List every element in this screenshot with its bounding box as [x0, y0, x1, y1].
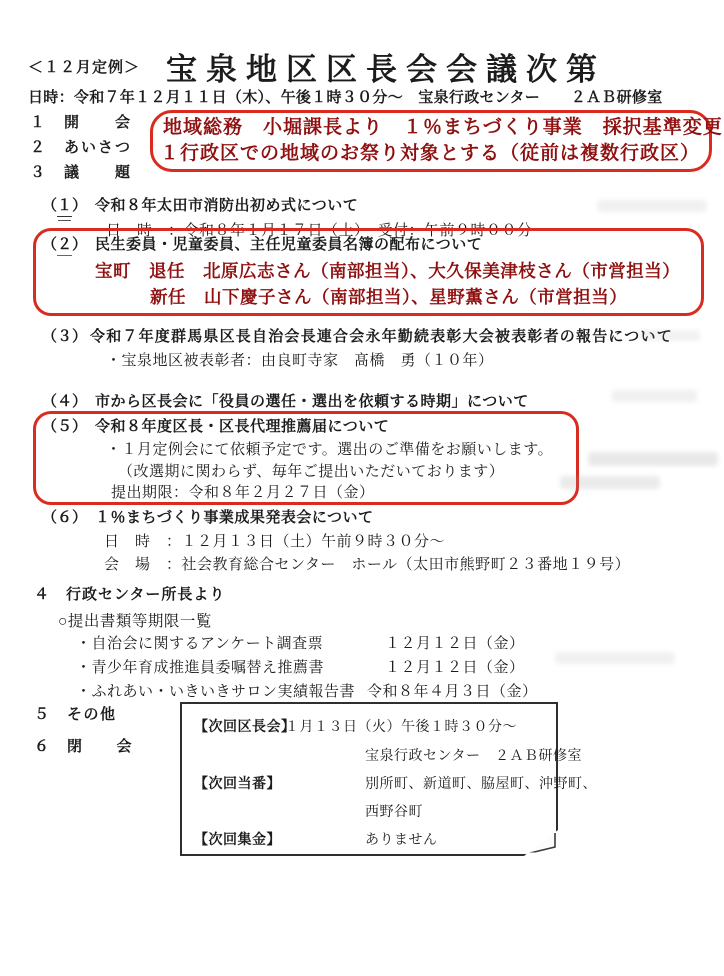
item-6-paren-open: （ — [42, 509, 57, 526]
item-2-newcomer-note: 新任 山下慶子さん（南部担当）、星野薫さん（市営担当） — [150, 284, 627, 309]
next-duty-towns-2: 西野谷町 — [365, 801, 423, 821]
meeting-type-label: ＜１２月定例＞ — [28, 56, 140, 77]
next-meeting-datetime: １月１３日（火）午後１時３０分～ — [285, 716, 517, 736]
next-collection-value: ありません — [365, 829, 438, 849]
item-1-number: （１） — [42, 194, 87, 217]
item-5-number: （５） — [42, 415, 87, 436]
item-5-detail-1: ・１月定例会にて依頼予定です。選出のご準備をお願いします。 — [106, 438, 553, 459]
item-3-heading: 令和７年度群馬県区長自治会長連合会永年勤続表彰大会被表彰者の報告について — [90, 325, 673, 346]
item-2-number: （２） — [42, 233, 87, 256]
next-duty-label: 【次回当番】 — [194, 773, 281, 793]
deadline-date-3: 令和８年４月３日（金） — [367, 680, 538, 701]
scan-smudge — [612, 390, 697, 402]
deadline-doc-2: ・青少年育成推進員委嘱替え推薦書 — [76, 656, 324, 677]
item-5-detail-2: （改選期に関わらず、毎年ご提出いただいております） — [118, 460, 504, 481]
section-4-heading: ４ 行政センター所長より — [34, 583, 225, 604]
item-2-paren-open: （ — [42, 236, 57, 253]
item-4-number: （４） — [42, 390, 87, 413]
section-6-close: ６ 閉 会 — [34, 735, 133, 756]
next-collection-label: 【次回集金】 — [194, 829, 281, 849]
scan-smudge — [597, 200, 707, 212]
item-1-paren-open: （ — [42, 197, 57, 214]
item-3-detail: ・宝泉地区被表彰者：由良町寺家 髙橋 勇（１０年） — [106, 349, 494, 370]
item-6-detail-2: 会 場 ：社会教育総合センター ホール（太田市熊野町２３番地１９号） — [104, 553, 630, 574]
scan-smudge — [588, 452, 718, 466]
item-2-heading: 民生委員・児童委員、主任児童委員名簿の配布について — [95, 233, 482, 254]
agenda-item-opening: １ 開 会 — [30, 110, 132, 135]
deadline-doc-3: ・ふれあい・いきいきサロン実績報告書 — [76, 680, 355, 701]
item-6-detail-1: 日 時 ：１２月１３日（土）午前９時３０分～ — [104, 530, 445, 551]
item-3-number: （３） — [42, 325, 87, 346]
item-3-paren-open: （ — [42, 328, 57, 345]
item-3-digit: ３ — [57, 325, 72, 346]
next-meeting-label: 【次回区長会】 — [194, 716, 296, 736]
annotation-line-2: １行政区での地域のお祭り対象とする（従前は複数行政区） — [160, 141, 700, 167]
deadline-date-2: １２月１２日（金） — [385, 656, 525, 677]
item-5-paren-close: ） — [72, 418, 87, 435]
agenda-item-topics: ３ 議 題 — [30, 160, 132, 185]
item-1-digit: １ — [57, 194, 72, 217]
item-4-paren-close: ） — [72, 393, 87, 410]
annotation-line-1: 地域総務 小堀課長より １％まちづくり事業 採択基準変更 — [163, 115, 723, 141]
item-3-paren-close: ） — [72, 328, 87, 345]
item-5-heading: 令和８年度区長・区長代理推薦届について — [95, 415, 389, 436]
item-6-heading: １％まちづくり事業成果発表会について — [95, 506, 374, 527]
item-2-paren-close: ） — [72, 236, 87, 253]
dateline: 日時：令和７年１２月１１日（木）、午後１時３０分～ 宝泉行政センター ２ＡＢ研修… — [28, 86, 663, 107]
item-4-paren-open: （ — [42, 393, 57, 410]
section-4-subheading: ○提出書類等期限一覧 — [58, 609, 212, 631]
section-5-others: ５ その他 — [34, 703, 117, 724]
folded-corner-icon — [524, 830, 558, 856]
item-5-paren-open: （ — [42, 418, 57, 435]
scanned-agenda-document: ＜１２月定例＞ 宝泉地区区長会会議次第 日時：令和７年１２月１１日（木）、午後１… — [0, 0, 724, 976]
next-meeting-note: 【次回区長会】 １月１３日（火）午後１時３０分～ 宝泉行政センター ２ＡＢ研修室… — [180, 702, 558, 856]
item-6-digit: ６ — [57, 506, 72, 527]
next-duty-towns-1: 別所町、新道町、脇屋町、沖野町、 — [365, 773, 597, 793]
deadline-doc-1: ・自治会に関するアンケート調査票 — [76, 632, 323, 653]
page-title: 宝泉地区区長会会議次第 — [166, 44, 606, 89]
scan-smudge — [555, 652, 675, 664]
item-4-heading: 市から区長会に「役員の選任・選出を依頼する時期」について — [95, 390, 529, 411]
item-1-heading: 令和８年太田市消防出初め式について — [95, 194, 358, 215]
agenda-item-greeting: ２ あいさつ — [30, 135, 132, 160]
next-meeting-place: 宝泉行政センター ２ＡＢ研修室 — [365, 745, 582, 765]
item-4-digit: ４ — [57, 390, 72, 413]
item-6-paren-close: ） — [72, 509, 87, 526]
item-1-paren-close: ） — [72, 197, 87, 214]
item-2-retiree-note: 宝町 退任 北原広志さん（南部担当）、大久保美津枝さん（市営担当） — [95, 258, 680, 283]
item-6-number: （６） — [42, 506, 87, 527]
deadline-date-1: １２月１２日（金） — [385, 632, 525, 653]
item-2-digit: ２ — [57, 233, 72, 256]
item-5-digit: ５ — [57, 415, 72, 436]
item-5-detail-3: 提出期限：令和８年２月２７日（金） — [111, 481, 375, 502]
